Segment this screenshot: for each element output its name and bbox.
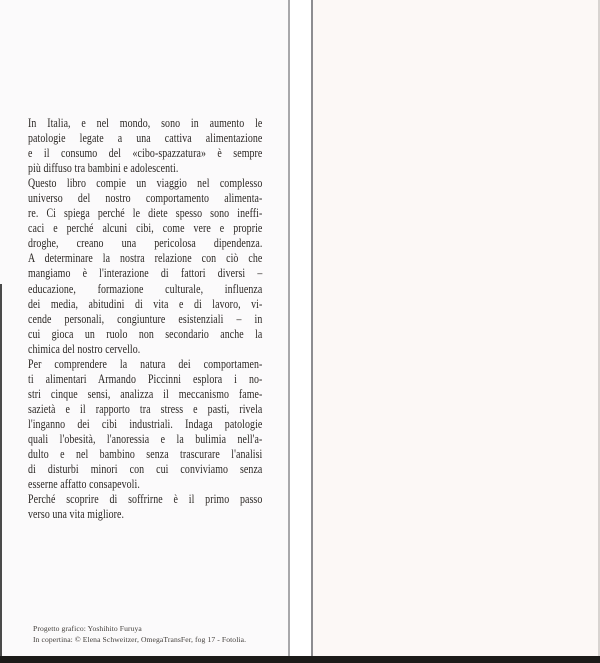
text-segment: re. Ci spiega perché le diete spesso son… <box>28 206 262 220</box>
text-segment: ti alimentari Armando Piccinni esplora i… <box>28 372 262 386</box>
text-line: educazione, formazione culturale, influe… <box>28 282 262 297</box>
text-segment: universo del nostro comportamento alimen… <box>28 191 262 205</box>
text-segment: e il consumo del «cibo-spazzatura» è sem… <box>28 146 262 160</box>
left-flap: In Italia, e nel mondo, sono in aumento … <box>0 0 289 663</box>
text-segment: In Italia, e nel mondo, sono in aumento … <box>28 116 262 130</box>
text-line: più diffuso tra bambini e adolescenti. <box>28 161 262 176</box>
text-line: Per comprendere la natura dei comportame… <box>28 357 262 372</box>
text-line: Perché scoprire di soffrirne è il primo … <box>28 492 262 507</box>
text-segment: A determinare la nostra relazione con ci… <box>28 251 262 265</box>
text-segment: cende personali, congiunture esistenzial… <box>28 312 262 326</box>
text-line: di disturbi minori con cui conviviamo se… <box>28 462 262 477</box>
text-line: stri cinque sensi, analizza il meccanism… <box>28 387 262 402</box>
text-line: cende personali, congiunture esistenzial… <box>28 312 262 327</box>
text-line: A determinare la nostra relazione con ci… <box>28 251 262 266</box>
text-line: dulto e nel bambino senza trascurare l'a… <box>28 447 262 462</box>
text-segment: sazietà e il rapporto tra stress e pasti… <box>28 402 262 416</box>
text-line: In Italia, e nel mondo, sono in aumento … <box>28 116 262 131</box>
scan-left-edge <box>0 284 2 656</box>
right-flap: Armando Piccinni, neurologo e psichiatra… <box>313 0 600 663</box>
text-segment: dei media, abitudini di vita e di lavoro… <box>28 297 262 311</box>
text-line: l'inganno dei cibi industriali. Indaga p… <box>28 417 262 432</box>
text-segment: patologie legate a una cattiva alimentaz… <box>28 131 262 145</box>
text-line: esserne affatto consapevoli. <box>28 477 262 492</box>
text-segment: mangiamo è l'interazione di fattori dive… <box>28 266 262 280</box>
credits-line-cover: In copertina: © Elena Schweitzer, OmegaT… <box>33 634 273 645</box>
text-segment: Per comprendere la natura dei comportame… <box>28 357 262 371</box>
text-line: cui gioca un ruolo non secondario anche … <box>28 327 262 342</box>
right-flap-edge-line <box>311 0 313 656</box>
book-flaps-scan: In Italia, e nel mondo, sono in aumento … <box>0 0 600 663</box>
text-segment: cui gioca un ruolo non secondario anche … <box>28 327 262 341</box>
text-segment: più diffuso tra bambini e adolescenti. <box>28 161 178 175</box>
text-line: verso una vita migliore. <box>28 507 262 522</box>
text-segment: caci e perché alcuni cibi, come vere e p… <box>28 221 262 235</box>
text-line: re. Ci spiega perché le diete spesso son… <box>28 206 262 221</box>
text-segment: Questo libro compie un viaggio nel compl… <box>28 176 262 190</box>
text-line: ti alimentari Armando Piccinni esplora i… <box>28 372 262 387</box>
text-line: universo del nostro comportamento alimen… <box>28 191 262 206</box>
text-segment: educazione, formazione culturale, influe… <box>28 282 262 296</box>
paragraph: Per comprendere la natura dei comportame… <box>28 357 262 492</box>
left-flap-description: In Italia, e nel mondo, sono in aumento … <box>28 116 262 522</box>
credits-line-design: Progetto grafico: Yoshihito Furuya <box>33 623 273 634</box>
text-line: droghe, creano una pericolosa dipendenza… <box>28 236 262 251</box>
text-segment: quali l'obesità, l'anoressia e la bulimi… <box>28 432 262 446</box>
text-segment: di disturbi minori con cui conviviamo se… <box>28 462 262 476</box>
text-line: quali l'obesità, l'anoressia e la bulimi… <box>28 432 262 447</box>
text-segment: esserne affatto consapevoli. <box>28 477 140 491</box>
text-line: Questo libro compie un viaggio nel compl… <box>28 176 262 191</box>
text-line: chimica del nostro cervello. <box>28 342 262 357</box>
text-line: e il consumo del «cibo-spazzatura» è sem… <box>28 146 262 161</box>
left-flap-edge-line <box>288 0 290 656</box>
text-segment: stri cinque sensi, analizza il meccanism… <box>28 387 262 401</box>
text-line: patologie legate a una cattiva alimentaz… <box>28 131 262 146</box>
paragraph: Questo libro compie un viaggio nel compl… <box>28 176 262 357</box>
text-line: mangiamo è l'interazione di fattori dive… <box>28 266 262 281</box>
text-line: sazietà e il rapporto tra stress e pasti… <box>28 402 262 417</box>
scan-bottom-edge <box>0 656 600 663</box>
text-segment: chimica del nostro cervello. <box>28 342 140 356</box>
paragraph: Perché scoprire di soffrirne è il primo … <box>28 492 262 522</box>
text-segment: dulto e nel bambino senza trascurare l'a… <box>28 447 262 461</box>
paragraph: In Italia, e nel mondo, sono in aumento … <box>28 116 262 176</box>
text-segment: verso una vita migliore. <box>28 507 124 521</box>
text-segment: l'inganno dei cibi industriali. Indaga p… <box>28 417 262 431</box>
text-segment: Perché scoprire di soffrirne è il primo … <box>28 492 262 506</box>
text-line: dei media, abitudini di vita e di lavoro… <box>28 297 262 312</box>
text-line: caci e perché alcuni cibi, come vere e p… <box>28 221 262 236</box>
credits-block: Progetto grafico: Yoshihito Furuya In co… <box>33 623 273 645</box>
text-segment: droghe, creano una pericolosa dipendenza… <box>28 236 262 250</box>
